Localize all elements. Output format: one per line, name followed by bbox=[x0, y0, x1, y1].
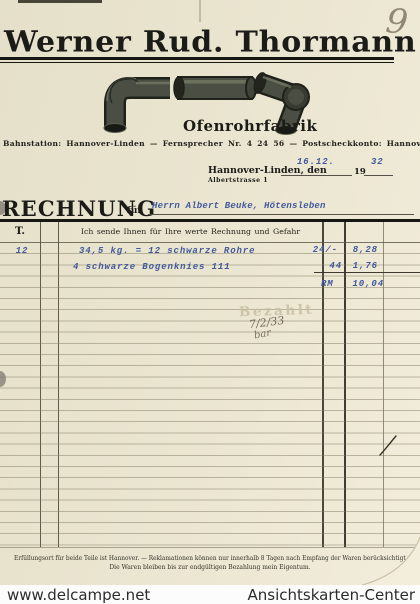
table-row-description: 34,5 kg. = 12 schwarze Rohre bbox=[79, 246, 255, 256]
table-header-text: Ich sende Ihnen für Ihre werte Rechnung … bbox=[59, 227, 322, 236]
column-header-tara: T. bbox=[0, 225, 40, 237]
table-bottom-rule bbox=[0, 547, 420, 548]
table-row-tara: 12 bbox=[8, 246, 36, 256]
pen-checkmark-icon bbox=[377, 434, 399, 458]
watermark-left: www.delcampe.net bbox=[7, 586, 150, 604]
invoice-scan: 9 Werner Rud. Thormann bbox=[0, 0, 420, 604]
date-rule bbox=[281, 175, 352, 176]
typed-year: 32 bbox=[371, 157, 384, 167]
invoice-for-label: für bbox=[127, 206, 142, 216]
scan-edge-artifact bbox=[18, 0, 102, 3]
header-rule-top bbox=[0, 57, 394, 60]
table-row-description: 4 schwarze Bogenknies 111 bbox=[73, 262, 231, 272]
total-amount: 10,04 bbox=[344, 279, 384, 289]
header-rule-bottom bbox=[0, 62, 394, 64]
company-name: Werner Rud. Thormann bbox=[4, 26, 416, 60]
total-currency: RM bbox=[321, 279, 334, 289]
street-line: Albertstrasse 1 bbox=[208, 177, 268, 184]
table-row-price: 24/- bbox=[310, 245, 338, 255]
factory-label: Ofenrohrfabrik bbox=[183, 117, 317, 135]
corner-fold bbox=[362, 537, 420, 585]
table-header-rule bbox=[0, 242, 420, 243]
contact-info-line: Bahnstation: Hannover-Linden — Fernsprec… bbox=[3, 139, 417, 148]
paper-crease bbox=[199, 0, 201, 22]
terms-line-2: Die Waren bleiben bis zur endgültigen Be… bbox=[0, 564, 420, 571]
typed-recipient: Herrn Albert Beuke, Hötensleben bbox=[152, 201, 326, 211]
recipient-rule bbox=[148, 214, 414, 215]
sum-rule bbox=[314, 272, 420, 273]
watermark-right: Ansichtskarten-Center bbox=[248, 586, 416, 604]
terms-line-1: Erfüllungsort für beide Teile ist Hannov… bbox=[14, 555, 406, 562]
table-top-rule bbox=[0, 219, 420, 222]
pipe-elbow-left-icon bbox=[104, 78, 170, 133]
table-row-amount: 8,28 bbox=[344, 245, 378, 255]
year-rule bbox=[364, 175, 393, 176]
table-row-amount: 1,76 bbox=[344, 261, 378, 271]
pipe-straight-icon bbox=[174, 77, 256, 99]
typed-date: 16.12. bbox=[297, 157, 335, 167]
table-row-price: 44 bbox=[310, 261, 342, 271]
